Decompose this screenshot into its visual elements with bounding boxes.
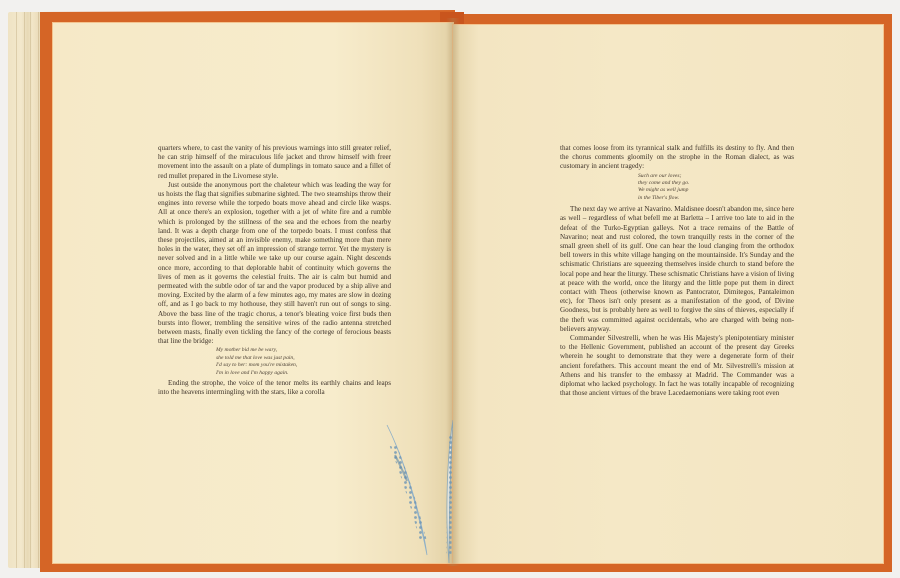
verse-line: We might as well jump xyxy=(638,187,794,194)
paragraph: The next day we arrive at Navarino. Mald… xyxy=(560,205,794,334)
verse-line: I'm in love and I'm happy again. xyxy=(216,370,391,377)
verse-block: My mother bid me be wary, she told me th… xyxy=(216,347,391,377)
verse-line: she told me that love was just pain, xyxy=(216,355,391,362)
right-page-text: that comes loose from its tyrannical sta… xyxy=(560,144,794,399)
open-book: quarters where, to cast the vanity of hi… xyxy=(0,0,900,578)
verse-block: Such are our loves; they come and they g… xyxy=(638,173,794,203)
paragraph: Ending the strophe, the voice of the ten… xyxy=(158,379,391,397)
paragraph: quarters where, to cast the vanity of hi… xyxy=(158,144,391,181)
blue-leaf-illustration-icon xyxy=(383,415,453,565)
verse-line: Such are our loves; xyxy=(638,173,794,180)
left-page-text: quarters where, to cast the vanity of hi… xyxy=(158,144,391,398)
paragraph: Commander Silvestrelli, when he was His … xyxy=(560,334,794,398)
verse-line: I'd say to her: mom you're mistaken, xyxy=(216,362,391,369)
paragraph: Just outside the anonymous port the chal… xyxy=(158,181,391,347)
verse-line: in the Tiber's flow. xyxy=(638,195,794,202)
verse-line: My mother bid me be wary, xyxy=(216,347,391,354)
paragraph: that comes loose from its tyrannical sta… xyxy=(560,144,794,172)
verse-line: they come and they go. xyxy=(638,180,794,187)
